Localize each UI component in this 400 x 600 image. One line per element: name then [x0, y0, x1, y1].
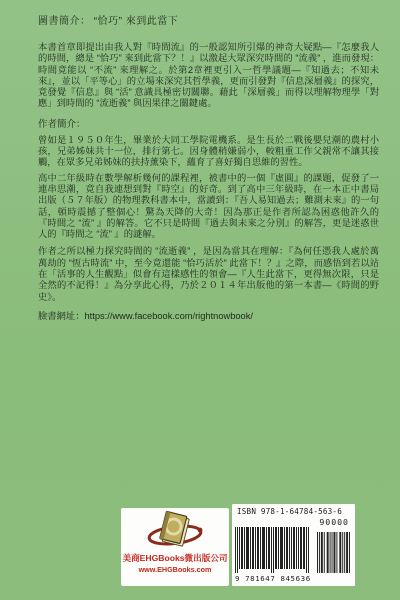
barcode-number-row: 9 781647 845636 — [235, 574, 311, 583]
facebook-label: 臉書網址： — [38, 311, 85, 321]
intro-title: 圖書簡介： “恰巧” 來到此當下 — [38, 16, 379, 28]
isbn-label: ISBN 978-1-64784-563-6 — [237, 507, 342, 516]
barcode-price-code: 90000 — [319, 517, 349, 527]
book-back-cover: 圖書簡介： “恰巧” 來到此當下 本書首章即提出由我人對『時間流』的一般認知所引… — [0, 0, 400, 600]
facebook-line: 臉書網址：https://www.facebook.com/rightnowbo… — [38, 311, 379, 322]
publisher-box: 美商EHGBooks微出版公司 www.EHGBooks.com — [121, 508, 229, 586]
author-paragraph-3: 作者之所以極力探究時間的 “流逝義” ，是因為當其在理解：『為何任憑我人處於萬萬… — [38, 246, 379, 302]
author-heading: 作者簡介： — [38, 119, 379, 130]
barcode-main-bars-icon — [235, 527, 309, 573]
publisher-name: 美商EHGBooks微出版公司 — [122, 553, 227, 563]
author-paragraph-2: 高中二年級時在數學解析幾何的課程裡，被書中的一個『虛圓』的課題，促發了一連串思潮… — [38, 173, 379, 241]
barcode-supplement-bars-icon — [317, 532, 350, 573]
publisher-website: www.EHGBooks.com — [139, 565, 212, 574]
facebook-url: https://www.facebook.com/rightnowbook/ — [85, 311, 253, 321]
isbn-barcode-box: ISBN 978-1-64784-563-6 90000 — [232, 504, 355, 586]
back-cover-text: 圖書簡介： “恰巧” 來到此當下 本書首章即提出由我人對『時間流』的一般認知所引… — [38, 16, 379, 332]
publisher-book-logo-icon — [145, 511, 205, 553]
intro-paragraph: 本書首章即提出由我人對『時間流』的一般認知所引爆的神奇大疑點—『怎麼我人的時間，… — [38, 42, 379, 110]
author-paragraph-1: 曾如是１９５０年生，畢業於大同工學院電機系。是生長於二戰後嬰兒潮的農村小孩，兄弟… — [38, 135, 379, 169]
